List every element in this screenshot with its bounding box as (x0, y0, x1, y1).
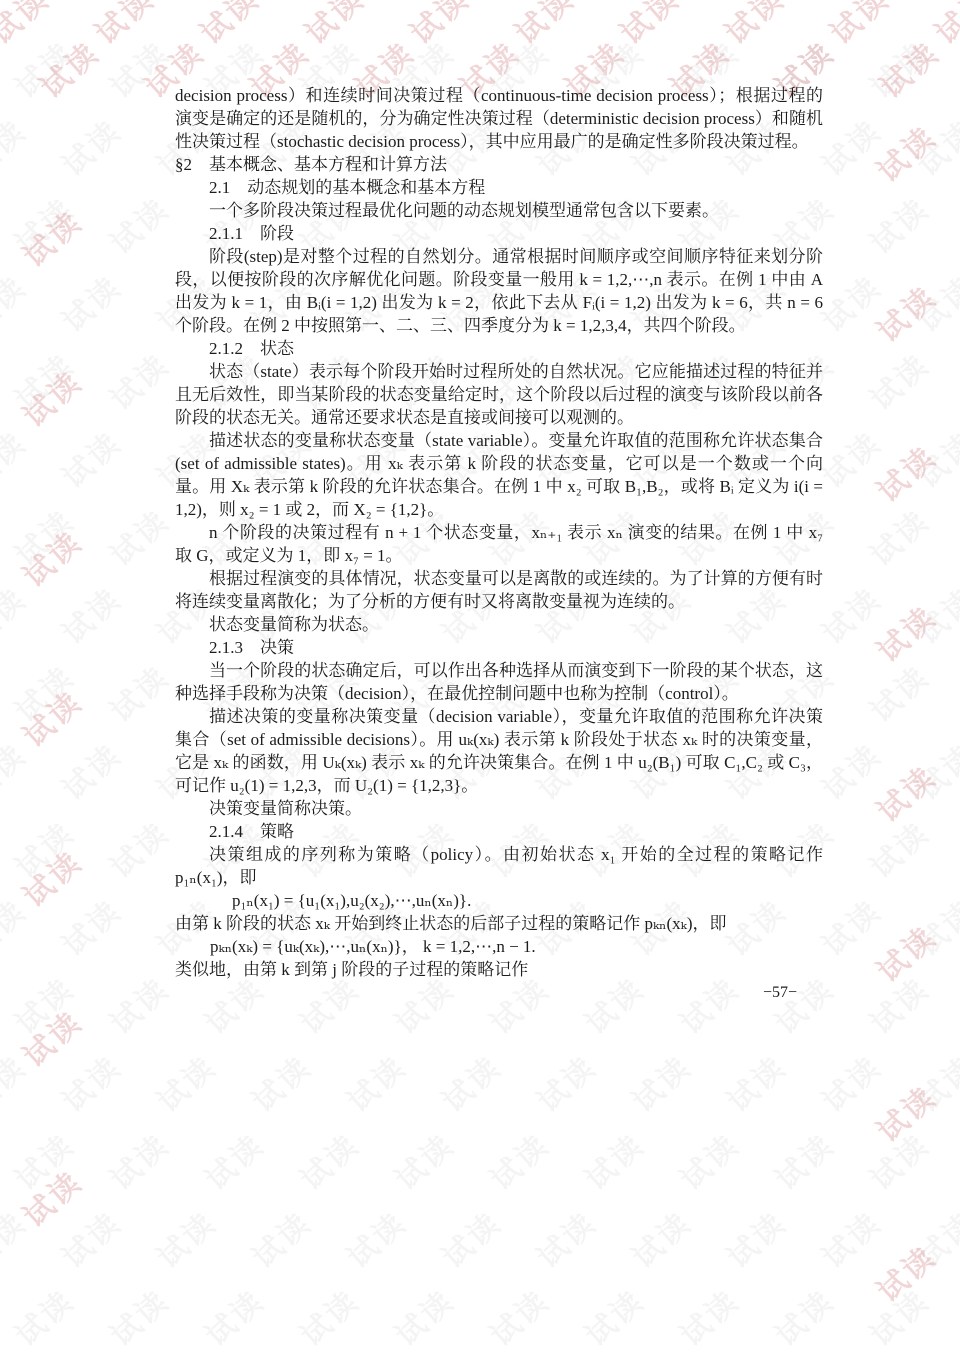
preview-watermark: 试读 (866, 434, 944, 511)
preview-watermark: 试读 (99, 498, 177, 575)
preview-watermark: 试读 (669, 1122, 747, 1199)
preview-watermark: 试读 (384, 1278, 462, 1355)
preview-watermark: 试读 (764, 1122, 842, 1199)
preview-watermark: 试读 (4, 1278, 82, 1355)
subsection-heading: 2.1.3 决策 (175, 636, 823, 659)
preview-watermark: 试读 (12, 359, 90, 436)
preview-watermark: 试读 (51, 1200, 129, 1277)
subsection-heading: 2.1.1 阶段 (175, 222, 823, 245)
preview-watermark: 试读 (12, 999, 90, 1076)
preview-watermark: 试读 (906, 576, 960, 653)
preview-watermark: 试读 (819, 0, 897, 52)
preview-watermark: 试读 (0, 1044, 34, 1121)
paragraph: 状态变量简称为状态。 (175, 613, 823, 636)
preview-watermark: 试读 (336, 1200, 414, 1277)
preview-watermark: 试读 (811, 1044, 889, 1121)
preview-watermark: 试读 (866, 754, 944, 831)
preview-watermark: 试读 (289, 1278, 367, 1355)
preview-watermark: 试读 (764, 1278, 842, 1355)
preview-watermark: 试读 (29, 30, 107, 107)
preview-watermark: 试读 (479, 1278, 557, 1355)
preview-watermark: 试读 (716, 1200, 794, 1277)
paragraph: 类似地，由第 k 到第 j 阶段的子过程的策略记作 (175, 958, 823, 981)
preview-watermark: 试读 (431, 1044, 509, 1121)
preview-watermark: 试读 (4, 810, 82, 887)
page-number: −57− (175, 981, 823, 1004)
preview-watermark: 试读 (906, 888, 960, 965)
paragraph: 当一个阶段的状态确定后，可以作出各种选择从而演变到下一阶段的某个状态，这种选择手… (175, 659, 823, 705)
preview-watermark: 试读 (859, 654, 937, 731)
preview-watermark: 试读 (12, 519, 90, 596)
formula: p₁ₙ(x₁) = {u₁(x₁),u₂(x₂),⋯,uₙ(xₙ)}. (175, 889, 823, 912)
preview-watermark: 试读 (4, 1122, 82, 1199)
preview-watermark: 试读 (241, 1044, 319, 1121)
subsection-heading: 2.1.2 状态 (175, 337, 823, 360)
preview-watermark: 试读 (194, 1122, 272, 1199)
preview-watermark: 试读 (51, 1044, 129, 1121)
page-content: decision process）和连续时间决策过程（continuous-ti… (175, 84, 823, 1004)
preview-watermark: 试读 (866, 274, 944, 351)
preview-watermark: 试读 (859, 498, 937, 575)
preview-watermark: 试读 (906, 264, 960, 341)
preview-watermark: 试读 (0, 264, 34, 341)
preview-watermark: 试读 (866, 594, 944, 671)
preview-watermark: 试读 (99, 1278, 177, 1355)
preview-watermark: 试读 (384, 1122, 462, 1199)
preview-watermark: 试读 (99, 186, 177, 263)
preview-watermark: 试读 (574, 1122, 652, 1199)
preview-watermark: 试读 (866, 1234, 944, 1311)
preview-watermark: 试读 (99, 810, 177, 887)
preview-watermark: 试读 (621, 1044, 699, 1121)
paragraph: decision process）和连续时间决策过程（continuous-ti… (175, 84, 823, 153)
preview-watermark: 试读 (84, 0, 162, 52)
preview-watermark: 试读 (866, 1074, 944, 1151)
preview-watermark: 试读 (0, 576, 34, 653)
preview-watermark: 试读 (189, 0, 267, 52)
preview-watermark: 试读 (99, 342, 177, 419)
paragraph: 状态（state）表示每个阶段开始时过程所处的自然状况。它应能描述过程的特征并且… (175, 360, 823, 429)
preview-watermark: 试读 (0, 888, 34, 965)
preview-watermark: 试读 (669, 1278, 747, 1355)
preview-watermark: 试读 (0, 0, 57, 52)
preview-watermark: 试读 (866, 914, 944, 991)
preview-watermark: 试读 (289, 1122, 367, 1199)
preview-watermark: 试读 (0, 108, 34, 185)
preview-watermark: 试读 (0, 732, 34, 809)
preview-watermark: 试读 (51, 264, 129, 341)
preview-watermark: 试读 (99, 30, 177, 107)
paragraph: 一个多阶段决策过程最优化问题的动态规划模型通常包含以下要素。 (175, 199, 823, 222)
preview-watermark: 试读 (51, 888, 129, 965)
preview-watermark: 试读 (99, 966, 177, 1043)
preview-watermark: 试读 (99, 1122, 177, 1199)
preview-watermark: 试读 (99, 654, 177, 731)
paragraph: 由第 k 阶段的状态 xₖ 开始到终止状态的后部子过程的策略记作 pₖₙ(xₖ)… (175, 912, 823, 935)
paragraph: 阶段(step)是对整个过程的自然划分。通常根据时间顺序或空间顺序特征来划分阶段… (175, 245, 823, 337)
subsection-heading: 2.1 动态规划的基本概念和基本方程 (175, 176, 823, 199)
preview-watermark: 试读 (12, 839, 90, 916)
preview-watermark: 试读 (146, 1044, 224, 1121)
preview-watermark: 试读 (431, 1200, 509, 1277)
preview-watermark: 试读 (859, 966, 937, 1043)
section-heading: §2 基本概念、基本方程和计算方法 (175, 153, 823, 176)
preview-watermark: 试读 (241, 1200, 319, 1277)
formula: pₖₙ(xₖ) = {uₖ(xₖ),⋯,uₙ(xₙ)}， k = 1,2,⋯,n… (175, 935, 823, 958)
preview-watermark: 试读 (12, 1159, 90, 1236)
preview-watermark: 试读 (906, 420, 960, 497)
preview-watermark: 试读 (0, 1200, 34, 1277)
preview-watermark: 试读 (526, 1044, 604, 1121)
preview-watermark: 试读 (4, 498, 82, 575)
preview-watermark: 试读 (869, 30, 947, 107)
preview-watermark: 试读 (51, 420, 129, 497)
preview-watermark: 试读 (146, 1200, 224, 1277)
preview-watermark: 试读 (4, 654, 82, 731)
preview-watermark: 试读 (51, 732, 129, 809)
preview-watermark: 试读 (479, 1122, 557, 1199)
preview-watermark: 试读 (859, 186, 937, 263)
preview-watermark: 试读 (924, 0, 960, 52)
preview-watermark: 试读 (51, 108, 129, 185)
preview-watermark: 试读 (0, 420, 34, 497)
paragraph: 描述决策的变量称决策变量（decision variable），变量允许取值的范… (175, 705, 823, 797)
preview-watermark: 试读 (504, 0, 582, 52)
paragraph: 根据过程演变的具体情况，状态变量可以是离散的或连续的。为了计算的方便有时将连续变… (175, 567, 823, 613)
document-page: 试读试读试读试读试读试读试读试读试读试读试读试读试读试读试读试读试读试读试读试读… (0, 0, 960, 1357)
paragraph: 描述状态的变量称状态变量（state variable）。变量允许取值的范围称允… (175, 429, 823, 521)
preview-watermark: 试读 (716, 1044, 794, 1121)
preview-watermark: 试读 (859, 1278, 937, 1355)
preview-watermark: 试读 (526, 1200, 604, 1277)
preview-watermark: 试读 (621, 1200, 699, 1277)
preview-watermark: 试读 (4, 30, 82, 107)
preview-watermark: 试读 (906, 732, 960, 809)
subsection-heading: 2.1.4 策略 (175, 820, 823, 843)
preview-watermark: 试读 (4, 342, 82, 419)
paragraph: 决策变量简称决策。 (175, 797, 823, 820)
preview-watermark: 试读 (609, 0, 687, 52)
preview-watermark: 试读 (194, 1278, 272, 1355)
preview-watermark: 试读 (859, 810, 937, 887)
preview-watermark: 试读 (859, 1122, 937, 1199)
paragraph: n 个阶段的决策过程有 n + 1 个状态变量，xₙ₊₁ 表示 xₙ 演变的结果… (175, 521, 823, 567)
preview-watermark: 试读 (399, 0, 477, 52)
preview-watermark: 试读 (866, 114, 944, 191)
preview-watermark: 试读 (574, 1278, 652, 1355)
preview-watermark: 试读 (906, 108, 960, 185)
preview-watermark: 试读 (906, 1200, 960, 1277)
preview-watermark: 试读 (906, 1044, 960, 1121)
preview-watermark: 试读 (51, 576, 129, 653)
preview-watermark: 试读 (811, 1200, 889, 1277)
paragraph: 决策组成的序列称为策略（policy）。由初始状态 x₁ 开始的全过程的策略记作… (175, 843, 823, 889)
preview-watermark: 试读 (294, 0, 372, 52)
preview-watermark: 试读 (859, 342, 937, 419)
preview-watermark: 试读 (859, 30, 937, 107)
preview-watermark: 试读 (336, 1044, 414, 1121)
preview-watermark: 试读 (12, 679, 90, 756)
preview-watermark: 试读 (4, 186, 82, 263)
preview-watermark: 试读 (12, 199, 90, 276)
preview-watermark: 试读 (4, 966, 82, 1043)
preview-watermark: 试读 (714, 0, 792, 52)
